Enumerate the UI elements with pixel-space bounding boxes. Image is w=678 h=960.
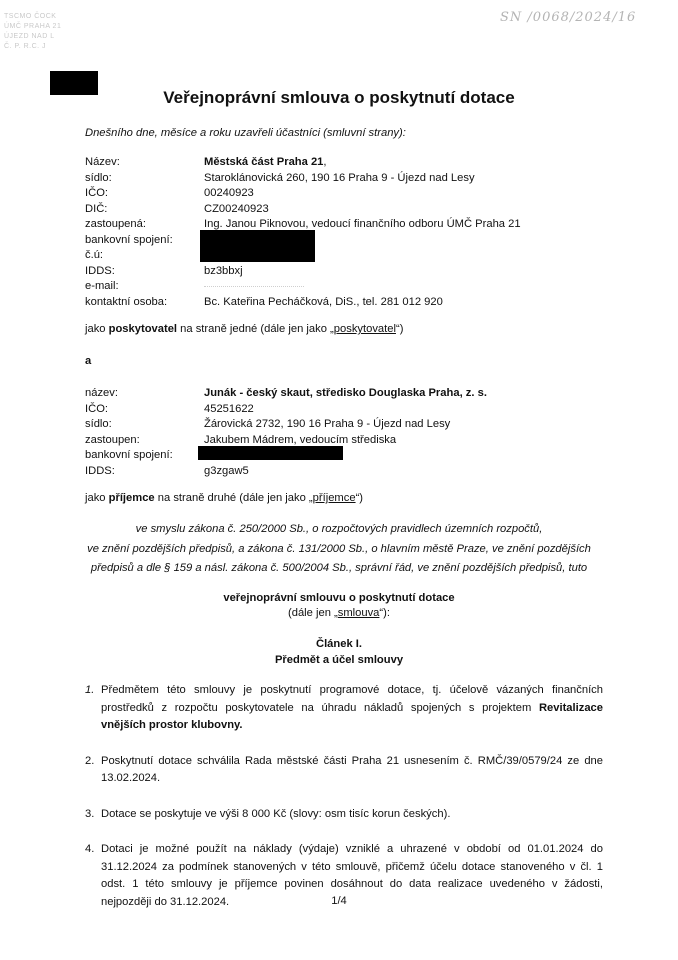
recipient-row: IČO: 45251622 (85, 402, 605, 418)
recipient-row: bankovní spojení: (85, 448, 605, 464)
field-label: bankovní spojení: (85, 233, 204, 249)
article-heading: Předmět a účel smlouvy (0, 654, 678, 666)
text: “): (379, 607, 390, 619)
legal-line: ve smyslu zákona č. 250/2000 Sb., o rozp… (0, 520, 678, 540)
provider-row: IDDS: bz3bbxj (85, 264, 605, 280)
list-item: 3. Dotace se poskytuje ve výši 8 000 Kč … (85, 806, 603, 824)
field-value: Žárovická 2732, 190 16 Praha 9 - Újezd n… (204, 417, 605, 433)
field-value: 45251622 (204, 402, 605, 418)
document-title: Veřejnoprávní smlouva o poskytnutí dotac… (0, 88, 678, 108)
contract-name: veřejnoprávní smlouvu o poskytnutí dotac… (0, 592, 678, 604)
recipient-row: sídlo: Žárovická 2732, 190 16 Praha 9 - … (85, 417, 605, 433)
stamp-line: TSCMO ČOCK (4, 12, 94, 22)
quote: “) (396, 323, 403, 335)
field-value: Staroklánovická 260, 190 16 Praha 9 - Új… (204, 171, 605, 187)
provider-block: Název: Městská část Praha 21, sídlo: Sta… (85, 155, 605, 310)
legal-basis: ve smyslu zákona č. 250/2000 Sb., o rozp… (0, 520, 678, 579)
handwritten-reference: SN /0068/2024/16 (500, 10, 636, 25)
provider-row: bankovní spojení: (85, 233, 605, 249)
text: jako (85, 492, 109, 504)
item-number: 1. (85, 682, 101, 735)
alias: poskytovatel (334, 323, 396, 335)
provider-row: zastoupená: Ing. Janou Piknovou, vedoucí… (85, 217, 605, 233)
recipient-row: IDDS: g3zgaw5 (85, 464, 605, 480)
illegible-email (204, 286, 304, 291)
recipient-row: název: Junák - český skaut, středisko Do… (85, 386, 605, 402)
field-value: CZ00240923 (204, 202, 605, 218)
text: na straně druhé (dále jen jako (155, 492, 309, 504)
field-label: zastoupen: (85, 433, 204, 449)
provider-role-line: jako poskytovatel na straně jedné (dále … (85, 323, 403, 335)
field-value: bz3bbxj (204, 264, 605, 280)
item-text: Dotace se poskytuje ve výši 8 000 Kč (sl… (101, 806, 603, 824)
field-label: IČO: (85, 402, 204, 418)
field-label: zastoupená: (85, 217, 204, 233)
field-value (204, 279, 605, 295)
text: na straně jedné (dále jen jako (177, 323, 330, 335)
field-label: kontaktní osoba: (85, 295, 204, 311)
provider-row: DIČ: CZ00240923 (85, 202, 605, 218)
field-label: DIČ: (85, 202, 204, 218)
recipient-role-line: jako příjemce na straně druhé (dále jen … (85, 492, 363, 504)
conjunction: a (85, 355, 91, 367)
field-value: Městská část Praha 21 (204, 156, 323, 168)
text: jako (85, 323, 109, 335)
article-number: Článek I. (0, 638, 678, 650)
role: poskytovatel (109, 323, 177, 335)
field-label: č.ú: (85, 248, 204, 264)
provider-row: č.ú: (85, 248, 605, 264)
field-value: g3zgaw5 (204, 464, 605, 480)
item-number: 3. (85, 806, 101, 824)
provider-row: e-mail: (85, 279, 605, 295)
legal-line: předpisů a dle § 159 a násl. zákona č. 5… (0, 559, 678, 579)
stamp-line: Č. P. R.C. J (4, 42, 94, 52)
field-value: Junák - český skaut, středisko Douglaska… (204, 386, 605, 402)
intro-text: Dnešního dne, měsíce a roku uzavřeli úča… (85, 127, 406, 139)
recipient-row: zastoupen: Jakubem Mádrem, vedoucím stře… (85, 433, 605, 449)
text: (dále jen „ (288, 607, 338, 619)
field-label: Název: (85, 155, 204, 171)
redacted-bank-account (200, 230, 315, 262)
field-label: název: (85, 386, 204, 402)
contract-alias: (dále jen „smlouva“): (0, 607, 678, 619)
field-value: 00240923 (204, 186, 605, 202)
page-number: 1/4 (0, 895, 678, 907)
field-label: IDDS: (85, 264, 204, 280)
provider-row: Název: Městská část Praha 21, (85, 155, 605, 171)
legal-line: ve znění pozdějších předpisů, a zákona č… (0, 540, 678, 560)
field-value: Bc. Kateřina Pecháčková, DiS., tel. 281 … (204, 295, 605, 311)
article-items: 1. Předmětem této smlouvy je poskytnutí … (85, 682, 603, 911)
field-label: sídlo: (85, 417, 204, 433)
field-suffix: , (323, 156, 326, 168)
registry-stamp: TSCMO ČOCK ÚMČ PRAHA 21 ÚJEZD NAD L Č. P… (4, 12, 94, 52)
item-text: Předmětem této smlouvy je poskytnutí pro… (101, 684, 603, 714)
recipient-block: název: Junák - český skaut, středisko Do… (85, 386, 605, 479)
item-text: Poskytnutí dotace schválila Rada městské… (101, 753, 603, 788)
stamp-line: ÚMČ PRAHA 21 (4, 22, 94, 32)
list-item: 2. Poskytnutí dotace schválila Rada měst… (85, 753, 603, 788)
provider-row: sídlo: Staroklánovická 260, 190 16 Praha… (85, 171, 605, 187)
redacted-bank-account (198, 446, 343, 460)
item-number: 2. (85, 753, 101, 788)
alias: smlouva (338, 607, 380, 619)
alias: příjemce (313, 492, 356, 504)
provider-row: IČO: 00240923 (85, 186, 605, 202)
field-label: bankovní spojení: (85, 448, 204, 464)
quote: “) (356, 492, 363, 504)
field-label: e-mail: (85, 279, 204, 295)
field-label: sídlo: (85, 171, 204, 187)
list-item: 1. Předmětem této smlouvy je poskytnutí … (85, 682, 603, 735)
field-label: IČO: (85, 186, 204, 202)
provider-row: kontaktní osoba: Bc. Kateřina Pecháčková… (85, 295, 605, 311)
field-label: IDDS: (85, 464, 204, 480)
role: příjemce (109, 492, 155, 504)
stamp-line: ÚJEZD NAD L (4, 32, 94, 42)
